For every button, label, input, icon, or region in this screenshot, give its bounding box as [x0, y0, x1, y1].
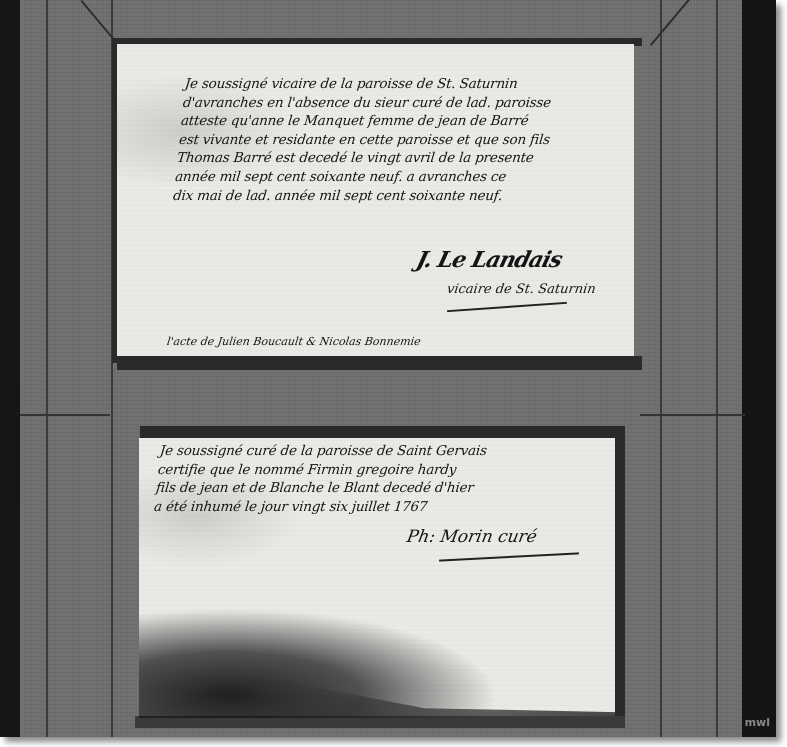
text-line: Je soussigné vicaire de la paroisse de S…: [184, 75, 557, 94]
board-line: [46, 0, 48, 737]
signature-underline: [447, 302, 567, 312]
text-line: est vivante et residante en cette parois…: [178, 131, 551, 150]
mount-shadow: [117, 356, 642, 370]
certificate-1: Je soussigné vicaire de la paroisse de S…: [117, 44, 634, 356]
signature-landais: J. Le Landais: [414, 247, 565, 273]
board-line: [20, 414, 110, 416]
board-line: [660, 0, 662, 737]
text-line: a été inhumé le jour vingt six juillet 1…: [153, 498, 482, 517]
text-line: d'avranches en l'absence du sieur curé d…: [182, 94, 555, 113]
left-film-border: [0, 0, 20, 737]
signature-title: vicaire de St. Saturnin: [446, 282, 597, 297]
text-line: certifie que le nommé Firmin gregoire ha…: [157, 461, 486, 480]
right-film-border: [742, 0, 776, 737]
signature-morin: Ph: Morin curé: [405, 527, 538, 547]
certificate-2: Je soussigné curé de la paroisse de Sain…: [139, 438, 615, 716]
certificate-1-text: Je soussigné vicaire de la paroisse de S…: [172, 75, 557, 205]
document-photo: Je soussigné vicaire de la paroisse de S…: [0, 0, 776, 737]
text-line: Thomas Barré est decedé le vingt avril d…: [176, 149, 549, 168]
text-line: Je soussigné curé de la paroisse de Sain…: [159, 442, 488, 461]
mount-shadow: [615, 426, 625, 721]
margin-note: l'acte de Julien Boucault & Nicolas Bonn…: [166, 335, 421, 348]
signature-underline: [439, 552, 579, 561]
board-line: [716, 0, 718, 737]
text-line: fils de jean et de Blanche le Blant dece…: [155, 479, 484, 498]
certificate-2-text: Je soussigné curé de la paroisse de Sain…: [153, 442, 488, 516]
board-line: [640, 414, 745, 416]
text-line: atteste qu'anne le Manquet femme de jean…: [180, 112, 553, 131]
watermark: mwl: [745, 716, 770, 729]
text-line: année mil sept cent soixante neuf. a avr…: [174, 168, 547, 187]
text-line: dix mai de lad. année mil sept cent soix…: [172, 187, 545, 206]
mount-shadow: [140, 426, 625, 438]
